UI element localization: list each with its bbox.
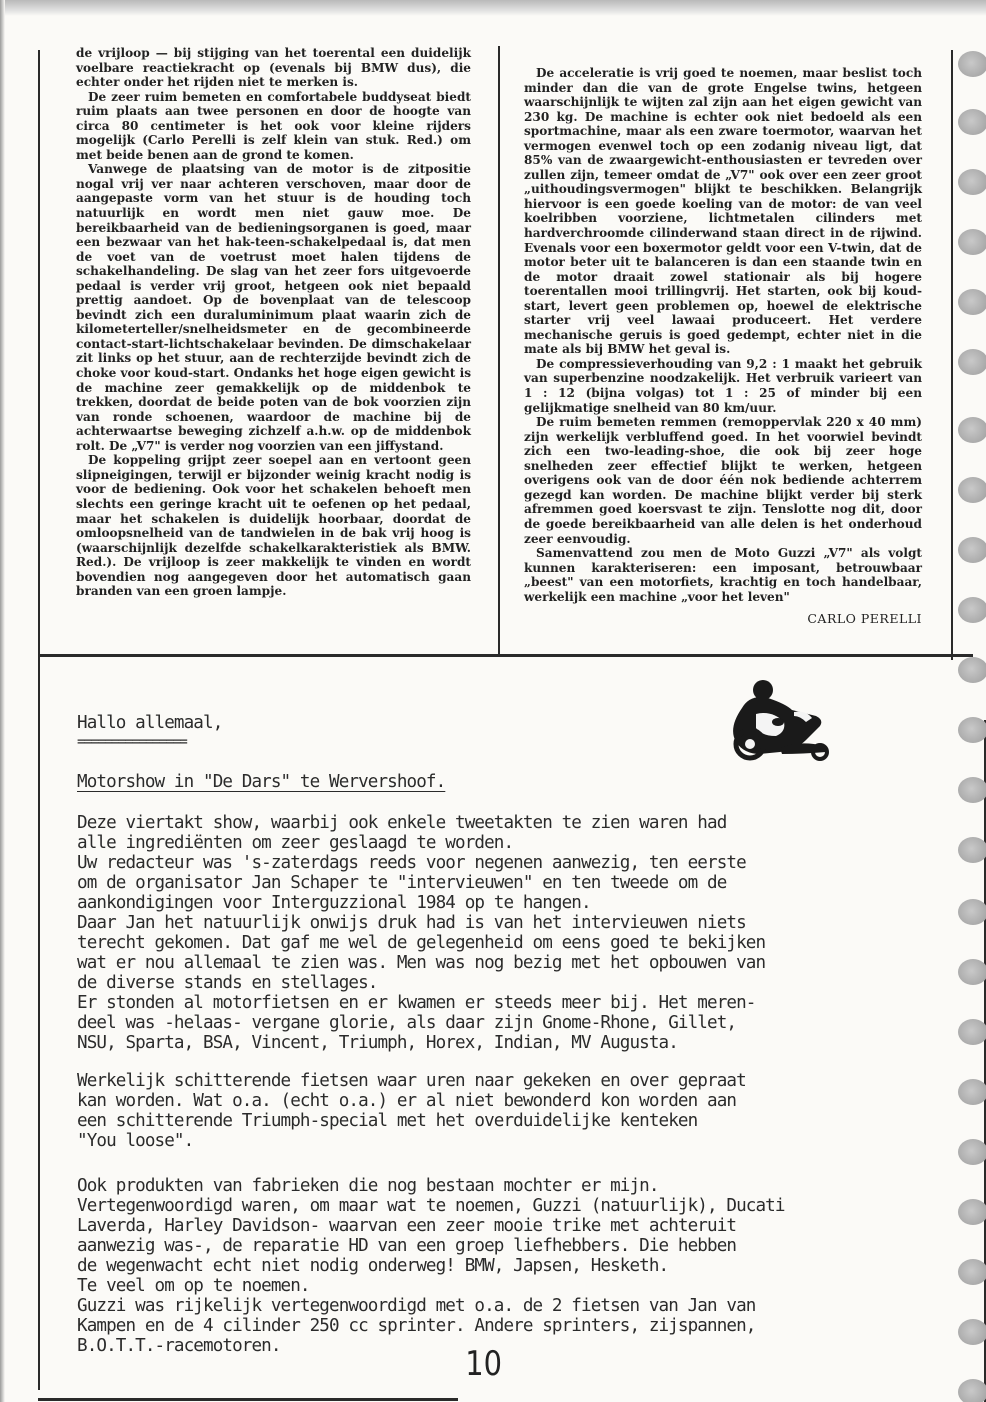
motorcycle-racer-icon bbox=[720, 670, 840, 770]
newsletter-paragraph-3: Ook produkten van fabrieken die nog best… bbox=[77, 1176, 785, 1356]
binder-hole bbox=[958, 349, 986, 375]
article-paragraph: De ruim bemeten remmen (remoppervlak 220… bbox=[524, 415, 922, 546]
article-paragraph: De zeer ruim bemeten en comfortabele bud… bbox=[76, 90, 471, 163]
binder-hole bbox=[958, 169, 986, 195]
binder-hole bbox=[958, 1079, 986, 1105]
greeting: Hallo allemaal, bbox=[77, 713, 222, 733]
binder-hole bbox=[958, 959, 986, 985]
article-paragraph: de vrijloop — bij stijging van het toere… bbox=[76, 46, 471, 90]
binder-hole bbox=[958, 657, 986, 683]
binder-hole bbox=[958, 1379, 986, 1402]
binder-hole bbox=[958, 717, 986, 743]
section-divider bbox=[38, 654, 973, 657]
author-byline: CARLO PERELLI bbox=[524, 612, 922, 627]
binder-hole bbox=[958, 1019, 986, 1045]
article-paragraph: Vanwege de plaatsing van de motor is de … bbox=[76, 162, 471, 453]
binder-hole bbox=[958, 477, 986, 503]
frame-right-line bbox=[951, 50, 953, 660]
binder-hole bbox=[958, 51, 986, 77]
frame-left-line bbox=[38, 50, 40, 1390]
newsletter-paragraph-1: Deze viertakt show, waarbij ook enkele t… bbox=[77, 813, 765, 1053]
headline: Motorshow in "De Dars" te Wervershoof. bbox=[77, 772, 445, 792]
greeting-underline: ================ bbox=[77, 732, 186, 752]
article-paragraph: Samenvattend zou men de Moto Guzzi „V7" … bbox=[524, 546, 922, 604]
binder-hole bbox=[958, 537, 986, 563]
binder-hole bbox=[958, 1199, 986, 1225]
binder-hole bbox=[958, 1259, 986, 1285]
binder-hole bbox=[958, 229, 986, 255]
article-paragraph: De koppeling grijpt zeer soepel aan en v… bbox=[76, 453, 471, 598]
newsletter-paragraph-2: Werkelijk schitterende fietsen waar uren… bbox=[77, 1071, 746, 1151]
binder-hole bbox=[958, 289, 986, 315]
binder-hole bbox=[958, 1319, 986, 1345]
binder-hole bbox=[958, 417, 986, 443]
binder-hole bbox=[958, 109, 986, 135]
page-number: 10 bbox=[465, 1344, 502, 1384]
scan-top-edge bbox=[0, 0, 986, 16]
binder-hole bbox=[958, 899, 986, 925]
article-paragraph: De acceleratie is vrij goed te noemen, m… bbox=[524, 66, 922, 357]
article-right-column: De acceleratie is vrij goed te noemen, m… bbox=[524, 66, 922, 627]
binder-hole bbox=[958, 837, 986, 863]
binder-hole bbox=[958, 597, 986, 623]
article-left-column: de vrijloop — bij stijging van het toere… bbox=[76, 46, 471, 599]
binder-hole bbox=[958, 1139, 986, 1165]
column-divider bbox=[498, 46, 500, 656]
bottom-rule bbox=[38, 1398, 458, 1401]
scan-left-edge bbox=[0, 0, 5, 1402]
binder-hole bbox=[958, 777, 986, 803]
article-paragraph: De compressieverhouding van 9,2 : 1 maak… bbox=[524, 357, 922, 415]
